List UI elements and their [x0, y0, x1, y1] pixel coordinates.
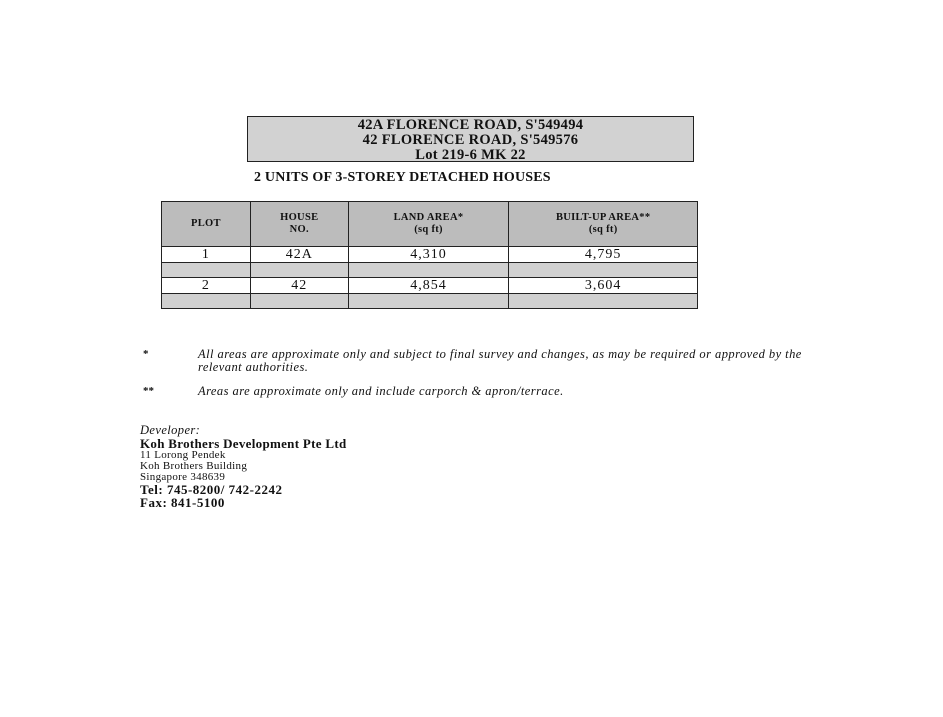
document-subtitle: 2 UNITS OF 3-STOREY DETACHED HOUSES	[254, 170, 694, 186]
cell-built-up-area: 4,795	[509, 247, 698, 263]
table-spacer-row	[162, 263, 698, 278]
column-header-land-area: LAND AREA*(sq ft)	[348, 202, 509, 247]
table-row: 1 42A 4,310 4,795	[162, 247, 698, 263]
cell-built-up-area: 3,604	[509, 278, 698, 294]
plot-area-table: PLOT HOUSENO. LAND AREA*(sq ft) BUILT-UP…	[161, 201, 698, 309]
cell-house-no: 42	[250, 278, 348, 294]
column-header-house-no: HOUSENO.	[250, 202, 348, 247]
cell-land-area: 4,854	[348, 278, 509, 294]
developer-fax: Fax: 841-5100	[140, 496, 347, 509]
developer-info: Developer: Koh Brothers Development Pte …	[140, 424, 347, 509]
address-line-2: 42 FLORENCE ROAD, S'549576	[248, 133, 693, 148]
address-line-1: 42A FLORENCE ROAD, S'549494	[248, 118, 693, 133]
footnote-marker: *	[143, 348, 149, 361]
footnote-text: Areas are approximate only and include c…	[198, 385, 810, 398]
cell-plot: 2	[162, 278, 251, 294]
table-row: 2 42 4,854 3,604	[162, 278, 698, 294]
footnote-marker: **	[143, 385, 154, 398]
cell-plot: 1	[162, 247, 251, 263]
column-header-built-up-area: BUILT-UP AREA**(sq ft)	[509, 202, 698, 247]
footnote-text: All areas are approximate only and subje…	[198, 348, 810, 374]
column-header-plot: PLOT	[162, 202, 251, 247]
table-header-row: PLOT HOUSENO. LAND AREA*(sq ft) BUILT-UP…	[162, 202, 698, 247]
lot-line: Lot 219-6 MK 22	[248, 148, 693, 163]
property-address-box: 42A FLORENCE ROAD, S'549494 42 FLORENCE …	[247, 116, 694, 162]
cell-land-area: 4,310	[348, 247, 509, 263]
table-spacer-row	[162, 294, 698, 309]
cell-house-no: 42A	[250, 247, 348, 263]
